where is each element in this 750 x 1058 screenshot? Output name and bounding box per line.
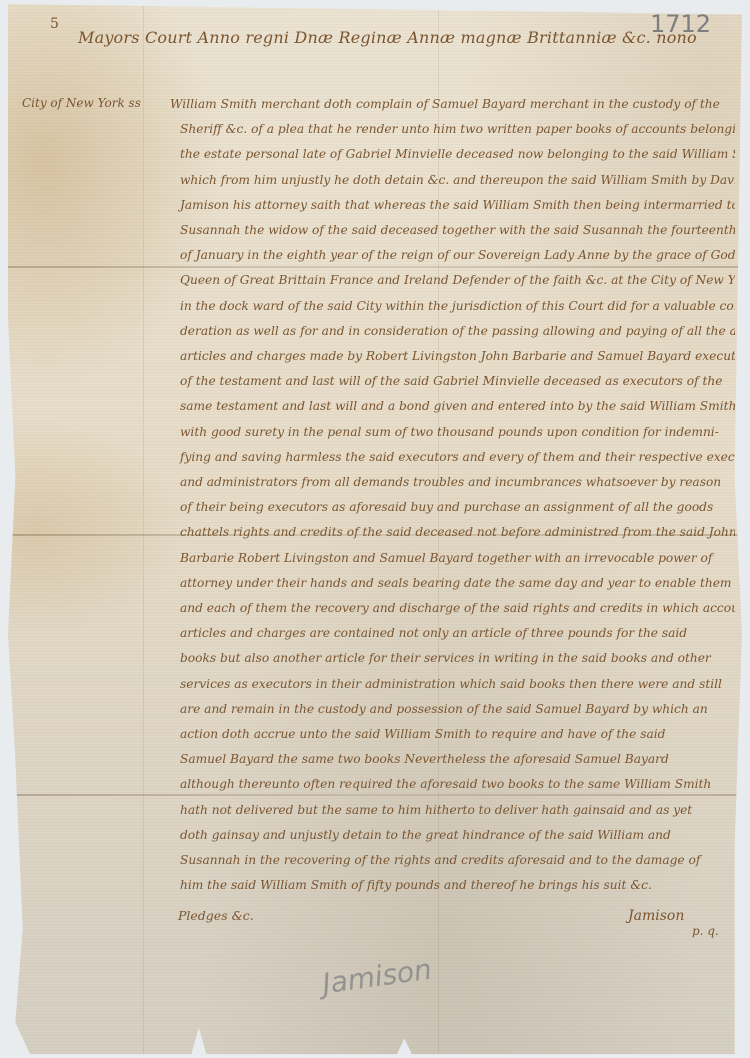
body-line: articles and charges made by Robert Livi… [170, 344, 735, 369]
body-line: same testament and last will and a bond … [170, 394, 735, 419]
body-line: attorney under their hands and seals bea… [170, 571, 735, 596]
body-line: Sheriff &c. of a plea that he render unt… [170, 117, 735, 142]
body-line: are and remain in the custody and posses… [170, 697, 735, 722]
body-line: deration as well as for and in considera… [170, 319, 735, 344]
body-line: the estate personal late of Gabriel Minv… [170, 142, 735, 167]
body-line: Jamison his attorney saith that whereas … [170, 193, 735, 218]
body-line: in the dock ward of the said City within… [170, 294, 735, 319]
body-line: books but also another article for their… [170, 646, 735, 671]
body-line: which from him unjustly he doth detain &… [170, 168, 735, 193]
body-line: of January in the eighth year of the rei… [170, 243, 735, 268]
margin-venue-note: City of New York ss [22, 96, 141, 110]
body-line: although thereunto often required the af… [170, 772, 735, 797]
body-line: hath not delivered but the same to him h… [170, 798, 735, 823]
body-line: Barbarie Robert Livingston and Samuel Ba… [170, 546, 735, 571]
body-line: William Smith merchant doth complain of … [170, 92, 735, 117]
body-line: and administrators from all demands trou… [170, 470, 735, 495]
body-line: him the said William Smith of fifty poun… [170, 873, 735, 898]
body-line: Susannah in the recovering of the rights… [170, 848, 735, 873]
body-line: of their being executors as aforesaid bu… [170, 495, 735, 520]
complaint-body: William Smith merchant doth complain of … [170, 92, 735, 899]
body-line: chattels rights and credits of the said … [170, 520, 735, 545]
folio-number: 5 [50, 16, 59, 32]
signature-suffix: p. q. [692, 924, 719, 938]
attorney-signature: Jamison [628, 908, 684, 924]
body-line: with good surety in the penal sum of two… [170, 420, 735, 445]
body-line: doth gainsay and unjustly detain to the … [170, 823, 735, 848]
court-header: Mayors Court Anno regni Dnæ Reginæ Annæ … [78, 28, 697, 47]
body-line: and each of them the recovery and discha… [170, 596, 735, 621]
body-line: services as executors in their administr… [170, 672, 735, 697]
pledges-closing: Pledges &c. [178, 908, 254, 923]
fold-line-vertical [143, 4, 144, 1054]
body-line: Susannah the widow of the said deceased … [170, 218, 735, 243]
body-line: articles and charges are contained not o… [170, 621, 735, 646]
body-line: action doth accrue unto the said William… [170, 722, 735, 747]
body-line: fying and saving harmless the said execu… [170, 445, 735, 470]
body-line: Samuel Bayard the same two books Neverth… [170, 747, 735, 772]
body-line: of the testament and last will of the sa… [170, 369, 735, 394]
body-line: Queen of Great Brittain France and Irela… [170, 268, 735, 293]
